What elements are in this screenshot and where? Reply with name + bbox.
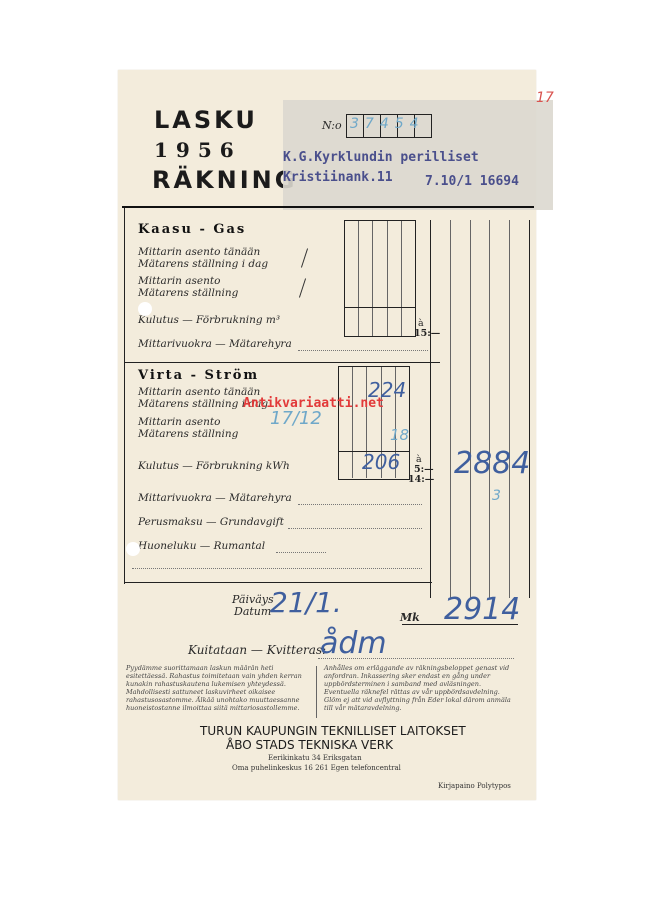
punch-hole-bottom	[126, 542, 140, 556]
invoice-number: 37454	[350, 116, 425, 132]
invoice-paper: LASKU 1956 RÄKNING 17 N:o 37454 K.G.Kyrk…	[118, 70, 536, 800]
number-label: N:o	[322, 120, 342, 132]
gas-reading-prev-sv: Mätarens ställning	[138, 287, 238, 299]
printer-name: Kirjapaino Polytypos	[438, 782, 511, 790]
title-sv: RÄKNING	[152, 166, 297, 194]
recipient-reference: 7.10/1 16694	[425, 174, 519, 189]
gas-meter-rent-dots	[298, 350, 428, 351]
el-consumption-label: Kulutus — Förbrukning kWh	[138, 460, 290, 472]
el-reading-today-fi: Mittarin asento tänään	[138, 386, 260, 398]
amount-column	[430, 220, 530, 598]
date-label-sv: Datum	[234, 606, 271, 618]
page-mark: 17	[536, 90, 554, 106]
recipient-address: Kristiinank.11	[283, 170, 393, 185]
el-prev-date: 17/12	[270, 408, 322, 429]
org-name-sv: ÅBO STADS TEKNISKA VERK	[226, 738, 393, 752]
el-reading-prev-value: 18	[390, 426, 409, 444]
note-divider	[316, 666, 317, 718]
year: 1956	[154, 138, 242, 162]
el-reading-prev-sv: Mätarens ställning	[138, 428, 238, 440]
lower-divider	[124, 582, 432, 583]
currency-label: Mk	[400, 612, 420, 624]
el-consumption-value: 206	[362, 450, 400, 474]
org-name-fi: TURUN KAUPUNGIN TEKNILLISET LAITOKSET	[200, 724, 466, 738]
gas-reading-today-fi: Mittarin asento tänään	[138, 246, 260, 258]
org-phone: Oma puhelinkeskus 16 261 Egen telefoncen…	[232, 764, 401, 772]
electricity-amount: 2884	[454, 446, 530, 481]
gas-reading-today-sv: Mätarens ställning i dag	[138, 258, 268, 270]
gas-reading-prev-fi: Mittarin asento	[138, 275, 220, 287]
el-meter-rent-label: Mittarivuokra — Mätarehyra	[138, 492, 292, 504]
basic-fee-label: Perusmaksu — Grundavgift	[138, 516, 284, 528]
recipient-name: K.G.Kyrklundin perilliset	[283, 150, 479, 165]
gas-meter-rent-label: Mittarivuokra — Mätarehyra	[138, 338, 292, 350]
signature: ådm	[320, 626, 387, 661]
left-border	[124, 208, 125, 584]
date-value: 21/1.	[270, 586, 342, 619]
el-meter-rent-dots	[298, 504, 422, 505]
total-amount: 2914	[444, 592, 520, 627]
gas-title: Kaasu - Gas	[138, 222, 246, 237]
note-finnish: Pyydämme suorittamaan laskun määrän heti…	[126, 664, 312, 712]
section-divider	[124, 362, 440, 363]
note-swedish: Anhålles om erläggande av räkningsbelopp…	[324, 664, 512, 712]
electricity-title: Virta - Ström	[138, 368, 259, 383]
room-count-dots	[276, 552, 326, 553]
basic-fee-dots	[288, 528, 422, 529]
receipt-label: Kuitataan — Kvitteras:	[188, 644, 326, 656]
org-address: Eerikinkatu 34 Eriksgatan	[268, 754, 362, 762]
meter-rent-mark: 3	[492, 488, 501, 504]
gas-slash-1	[301, 248, 308, 267]
gas-slash-2	[299, 278, 306, 297]
blank-line-dots	[132, 568, 422, 569]
receipt-dots	[318, 658, 514, 659]
title-fi: LASKU	[154, 106, 258, 134]
room-count-label: Huoneluku — Rumantal	[138, 540, 265, 552]
el-reading-prev-fi: Mittarin asento	[138, 416, 220, 428]
punch-hole-top	[138, 302, 152, 316]
watermark-text: Antikvariaatti.net	[243, 396, 384, 411]
gas-meter-grid	[344, 220, 416, 337]
top-rule	[122, 206, 534, 208]
gas-consumption-label: Kulutus — Förbrukning m³	[138, 314, 280, 326]
